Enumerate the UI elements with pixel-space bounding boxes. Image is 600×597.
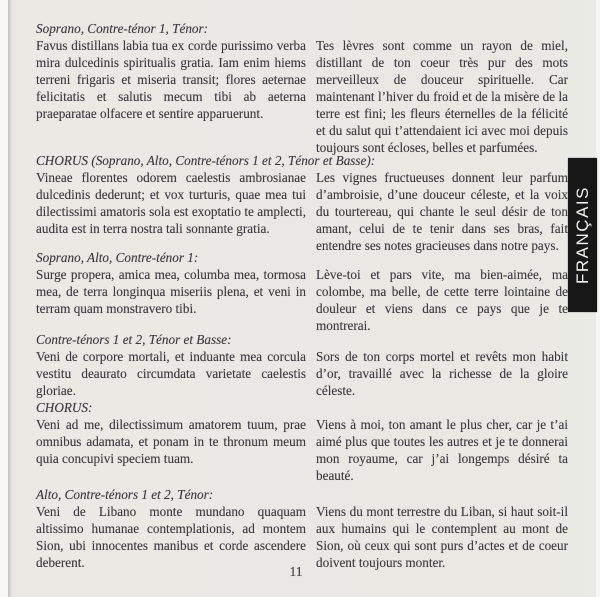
latin-text: Veni de Libano monte mundano quaquam alt… (36, 503, 306, 571)
latin-text: Vineae florentes odorem caelestis ambros… (36, 169, 306, 254)
french-text: Viens du mont terrestre du Liban, si hau… (316, 503, 568, 571)
section-4: Contre-ténors 1 et 2, Ténor et Basse: Ve… (36, 331, 568, 399)
page-number: 11 (270, 564, 322, 580)
page-fold-shadow (8, 0, 12, 597)
french-text: Sors de ton corps mortel et revêts mon h… (316, 348, 568, 399)
voice-heading: Soprano, Alto, Contre-ténor 1: (36, 249, 568, 266)
section-5: CHORUS: Veni ad me, dilectissimum amator… (36, 399, 568, 484)
latin-text: Favus distillans labia tua ex corde puri… (36, 37, 306, 156)
voice-heading: CHORUS: (36, 399, 568, 416)
latin-text: Surge propera, amica mea, columba mea, t… (36, 266, 306, 334)
voice-heading: Soprano, Contre-ténor 1, Ténor: (36, 20, 568, 37)
french-text: Les vignes fructueuses donnent leur parf… (316, 169, 568, 254)
french-text: Viens à moi, ton amant le plus cher, car… (316, 416, 568, 484)
section-2: CHORUS (Soprano, Alto, Contre-ténors 1 e… (36, 152, 568, 254)
language-tab-label: FRANÇAIS (573, 186, 593, 284)
french-text: Lève-toi et pars vite, ma bien-aimée, ma… (316, 266, 568, 334)
voice-heading: Alto, Contre-ténors 1 et 2, Ténor: (36, 486, 568, 503)
latin-text: Veni de corpore mortali, et induante mea… (36, 348, 306, 399)
page-left-edge (0, 0, 8, 597)
voice-heading: Contre-ténors 1 et 2, Ténor et Basse: (36, 331, 568, 348)
section-6: Alto, Contre-ténors 1 et 2, Ténor: Veni … (36, 486, 568, 571)
section-3: Soprano, Alto, Contre-ténor 1: Surge pro… (36, 249, 568, 334)
language-tab-francais: FRANÇAIS (568, 158, 597, 312)
voice-heading: CHORUS (Soprano, Alto, Contre-ténors 1 e… (36, 152, 568, 169)
latin-text: Veni ad me, dilectissimum amatorem tuum,… (36, 416, 306, 484)
french-text: Tes lèvres sont comme un rayon de miel, … (316, 37, 568, 156)
booklet-page: Soprano, Contre-ténor 1, Ténor: Favus di… (0, 0, 600, 597)
section-1: Soprano, Contre-ténor 1, Ténor: Favus di… (36, 20, 568, 156)
